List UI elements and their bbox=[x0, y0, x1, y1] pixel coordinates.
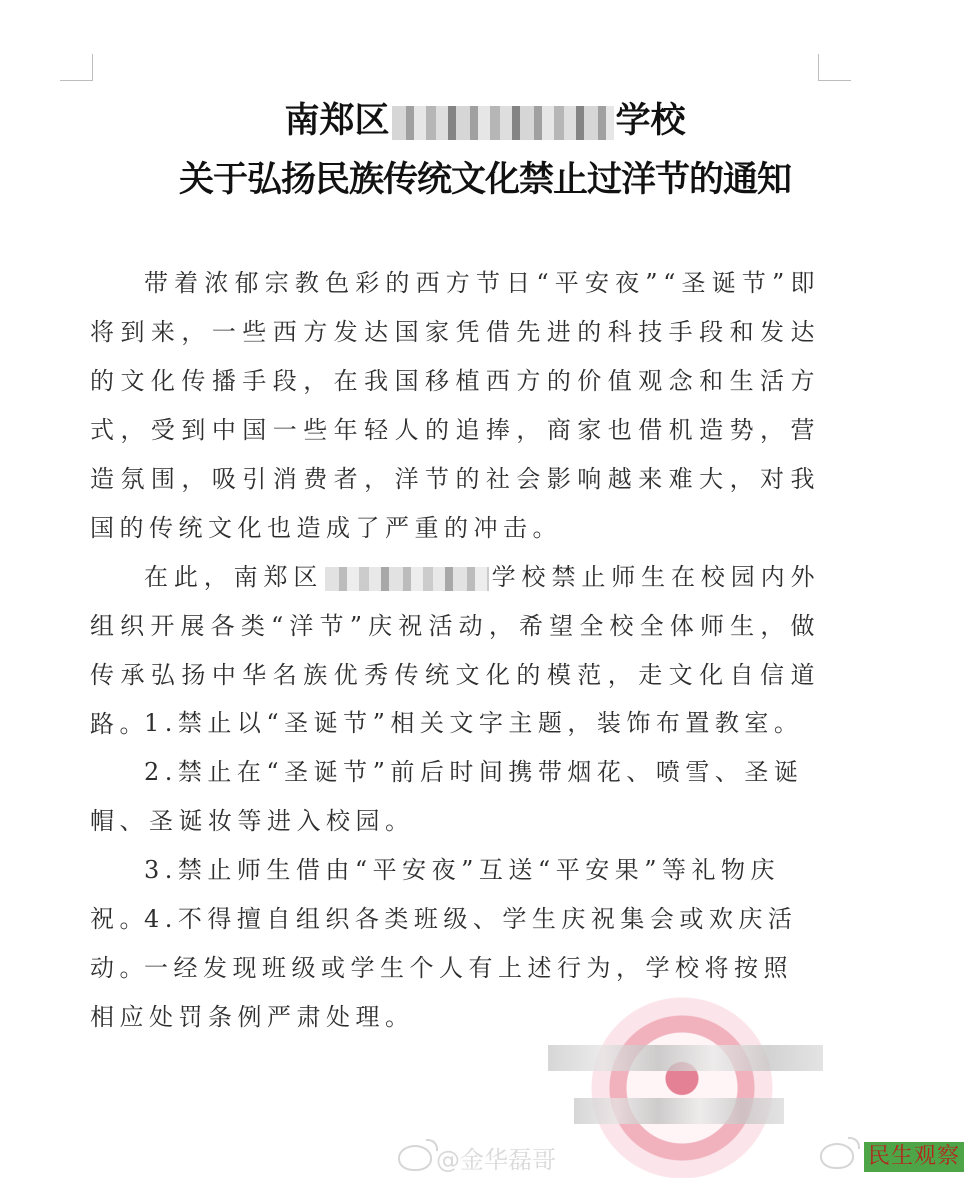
redacted-school-name-inline bbox=[325, 567, 489, 591]
official-seal-redacted bbox=[582, 993, 782, 1178]
paragraph-prohibition-prefix: 在此，南郑区 bbox=[144, 563, 323, 591]
title-suffix: 学校 bbox=[616, 100, 686, 141]
page-corner-mark-top-left bbox=[60, 54, 93, 81]
redacted-school-name bbox=[392, 106, 614, 140]
weibo-handle: @金华磊哥 bbox=[436, 1140, 556, 1175]
document-title-notice: 关于弘扬民族传统文化禁止过洋节的通知 bbox=[0, 152, 970, 202]
page-corner-mark-top-right bbox=[818, 54, 851, 81]
redacted-signature-line bbox=[548, 1045, 823, 1071]
weibo-watermark: @金华磊哥 bbox=[398, 1140, 556, 1175]
paragraph-intro: 带着浓郁宗教色彩的西方节日“平安夜”“圣诞节”即将到来，一些西方发达国家凭借先进… bbox=[90, 259, 820, 553]
title-prefix: 南郑区 bbox=[284, 100, 389, 141]
rule-item-2: 2.禁止在“圣诞节”前后时间携带烟花、喷雪、圣诞帽、圣诞妆等进入校园。 bbox=[90, 748, 820, 846]
weibo-icon bbox=[820, 1143, 854, 1169]
redacted-date-line bbox=[574, 1098, 784, 1124]
source-badge: 民生观察 bbox=[864, 1142, 964, 1172]
document-title-school: 南郑区学校 bbox=[0, 93, 970, 143]
rule-item-1: 1.禁止以“圣诞节”相关文字主题，装饰布置教室。 bbox=[90, 699, 820, 748]
weibo-icon bbox=[398, 1145, 432, 1171]
